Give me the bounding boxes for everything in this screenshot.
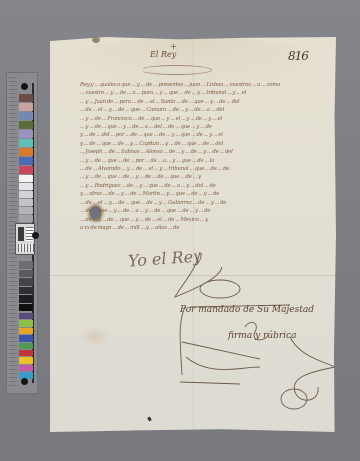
color-patch: [19, 278, 33, 286]
signature-flourishes: [50, 37, 336, 432]
color-patch: [19, 94, 33, 102]
color-patch: [19, 343, 33, 349]
color-patch: [19, 357, 33, 363]
registration-dot-bottom: [21, 378, 28, 385]
signature-por-mandado: Por mandado de Su Majestad: [180, 305, 314, 315]
color-patch: [19, 166, 33, 174]
color-patch: [19, 112, 33, 120]
color-patch: [19, 304, 33, 312]
color-patch: [19, 365, 33, 371]
color-patch: [19, 121, 33, 129]
color-patch: [19, 183, 33, 190]
color-patch: [19, 103, 33, 111]
color-patch: [19, 261, 33, 269]
color-patch: [19, 148, 33, 156]
color-patch: [19, 157, 33, 165]
target-label-box: [15, 223, 35, 255]
color-patch: [19, 139, 33, 147]
color-patch: [19, 335, 33, 341]
color-patch: [19, 328, 33, 334]
color-patch: [19, 313, 33, 319]
color-patch: [19, 207, 33, 214]
manuscript-page: + El Rey 816 Rey y ... quales a que ... …: [50, 37, 336, 432]
color-patch: [19, 175, 33, 182]
registration-dot-top: [21, 83, 28, 90]
label-barcode: [18, 244, 34, 252]
label-dark-block: [18, 227, 24, 241]
signature-rubric: firma y rúbrica: [228, 331, 296, 341]
color-patch: [19, 320, 33, 326]
color-patch: [19, 130, 33, 138]
color-patch: [19, 199, 33, 206]
color-patch: [19, 270, 33, 278]
color-patch: [19, 287, 33, 295]
color-patch: [19, 295, 33, 303]
color-patch: [19, 215, 33, 222]
color-calibration-target: [6, 72, 38, 394]
color-patch: [19, 191, 33, 198]
registration-dot-middle: [32, 232, 39, 239]
color-patch: [19, 350, 33, 356]
